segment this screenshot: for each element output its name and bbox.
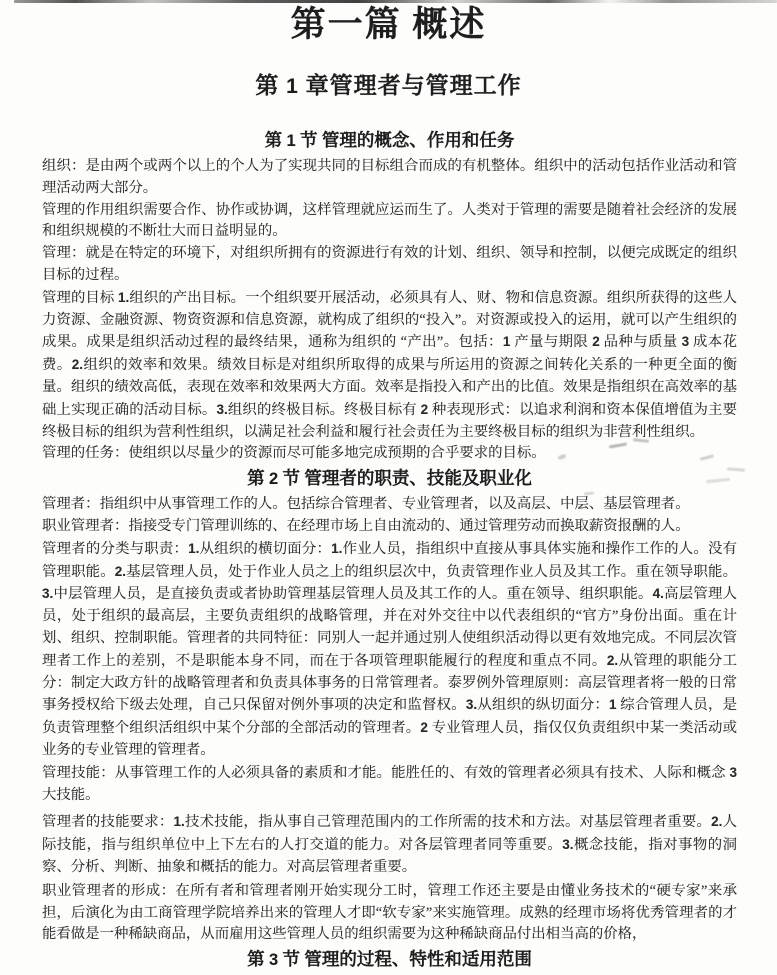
paragraph-management-role: 管理的作用组织需要合作、协作或协调，这样管理就应运而生了。人类对于管理的需要是随… [42,200,737,244]
document-body: 第 1 节 管理的概念、作用和任务 组织：是由两个或两个以上的个人为了实现共同的… [0,102,777,973]
paragraph-management-goals: 管理的目标 1.组织的产出目标。一个组织要开展活动，必须具有人、财、物和信息资源… [42,287,737,444]
paragraph-management-skills: 管理技能：从事管理工作的人必须具备的素质和才能。能胜任的、有效的管理者必须具有技… [42,762,737,807]
paragraph-organization-definition: 组织：是由两个或两个以上的个人为了实现共同的目标组合而成的有机整体。组织中的活动… [42,156,737,200]
scan-edge-artifact [14,0,777,3]
section-3-heading: 第 3 节 管理的过程、特性和适用范围 [42,947,737,973]
paragraph-manager-classification: 管理者的分类与职责：1.从组织的横切面分：1.作业人员，指组织中直接从事具体实施… [42,538,737,762]
paragraph-management-task: 管理的任务：使组织以尽量少的资源而尽可能多地完成预期的合乎要求的目标。 [42,443,737,465]
section-1-heading: 第 1 节 管理的概念、作用和任务 [42,128,737,154]
paragraph-professional-manager-definition: 职业管理者：指接受专门管理训练的、在经理市场上自由流动的、通过管理劳动而换取薪资… [42,516,737,538]
part-title: 第一篇 概述 [0,0,777,47]
paragraph-manager-skill-requirements: 管理者的技能要求：1.技术技能，指从事自己管理范围内的工作所需的技术和方法。对基… [42,811,737,878]
section-2-heading: 第 2 节 管理者的职责、技能及职业化 [42,466,737,492]
chapter-title: 第 1 章管理者与管理工作 [0,71,777,102]
paragraph-management-definition: 管理：就是在特定的环境下，对组织所拥有的资源进行有效的计划、组织、领导和控制，以… [42,243,737,287]
document-page: 第一篇 概述 第 1 章管理者与管理工作 第 1 节 管理的概念、作用和任务 组… [0,0,777,975]
paragraph-manager-definition: 管理者：指组织中从事管理工作的人。包括综合管理者、专业管理者，以及高层、中层、基… [42,494,737,516]
paragraph-professional-manager-formation: 职业管理者的形成：在所有者和管理者刚开始实现分工时，管理工作还主要是由懂业务技术… [42,881,737,946]
